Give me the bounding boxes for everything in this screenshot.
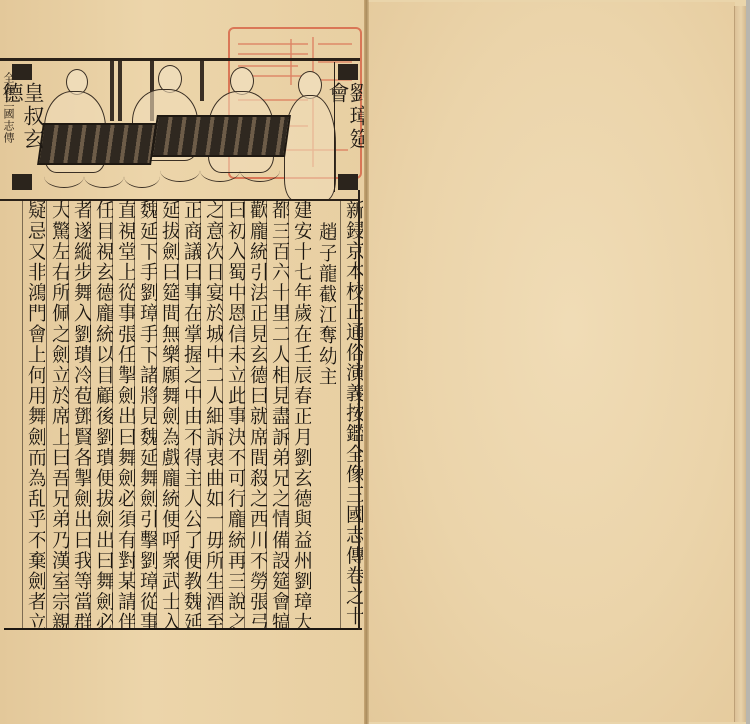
text-column: 都三百六十里二人相見盡訴弟兄之情備設筵會犒勞軍士終日盡 bbox=[266, 200, 289, 628]
banquet-table bbox=[151, 115, 291, 157]
text-column: 者遂縱步舞入劉璝冷苞鄧賢各掣劍出曰我等當群舞以助笑玄德 bbox=[68, 200, 91, 628]
text-column: 建安十七年歲在壬辰春正月劉玄德與益州劉璋大會于涪城離城 bbox=[288, 200, 311, 628]
text-column: 任目視玄德龐統以目顧後劉璝便拔劍出曰舞劍必須有跳閒跳心 bbox=[90, 200, 113, 628]
caption-text-right: 劉璋筵會 bbox=[327, 82, 369, 173]
text-column: 曰初入蜀中恩信未立此事決不可行龐統再三說之玄德竟無相從 bbox=[222, 200, 245, 628]
text-column: 直視堂上從事張任掣劍出曰舞劍必須有對某請伴之二人對舞張 bbox=[112, 200, 135, 628]
main-text-block: 新鋟京本校正通俗演義按鑑全像三國志傳卷之十一 趙子龍截江奪幼主 建安十七年歲在壬… bbox=[4, 196, 362, 630]
right-page-blank bbox=[368, 2, 735, 722]
caption-bracket-mark bbox=[12, 64, 32, 80]
text-column: 正商議曰事在掌握之中由不得主人公了便教魏延舞劍乘勢下手 bbox=[178, 200, 201, 628]
text-column: 歡龐統引法正見玄德曰就席間殺之西川不勞張弓隻箭而定玄德 bbox=[244, 200, 267, 628]
caption-bracket-mark bbox=[338, 64, 358, 80]
book-spread: 全像三國志傳 皇叔玄德 劉璋筵會 新鋟京本校正通俗演義按鑑全像三國志傳卷之十一 … bbox=[0, 0, 750, 724]
background-edge bbox=[746, 0, 750, 724]
left-page: 全像三國志傳 皇叔玄德 劉璋筵會 新鋟京本校正通俗演義按鑑全像三國志傳卷之十一 … bbox=[0, 0, 367, 724]
caption-text-left: 皇叔玄德 bbox=[1, 82, 43, 173]
text-column: 魏延下手劉璋手下諸將見魏延舞劍引擊劉璋從事張任按刀靶 bbox=[134, 200, 157, 628]
text-column: 延拔劍曰筵間無樂願舞劍為戲龐統便呼衆武士入列於堂上只等 bbox=[156, 200, 179, 628]
text-column: 大驚左右所佩之劍立於席上曰吾兄弟乃漢室宗親相逢痛飲並無 bbox=[46, 200, 69, 628]
illustration-caption-right: 劉璋筵會 bbox=[334, 62, 361, 192]
woodblock-illustration bbox=[0, 58, 360, 201]
fold-margin-lines bbox=[322, 190, 362, 630]
banquet-table bbox=[37, 123, 157, 165]
text-column: 之意次日宴於城中二人細訴衷曲如一毋所生酒至半酣龐統與法 bbox=[200, 200, 223, 628]
caption-bracket-mark bbox=[338, 174, 358, 190]
text-column: 疑忌又非鴻門會上何用舞劍而為乱乎不棄劍者立斬之劉璋亦叱 bbox=[22, 200, 45, 628]
illustration-caption-left: 皇叔玄德 bbox=[10, 62, 34, 192]
caption-bracket-mark bbox=[12, 174, 32, 190]
